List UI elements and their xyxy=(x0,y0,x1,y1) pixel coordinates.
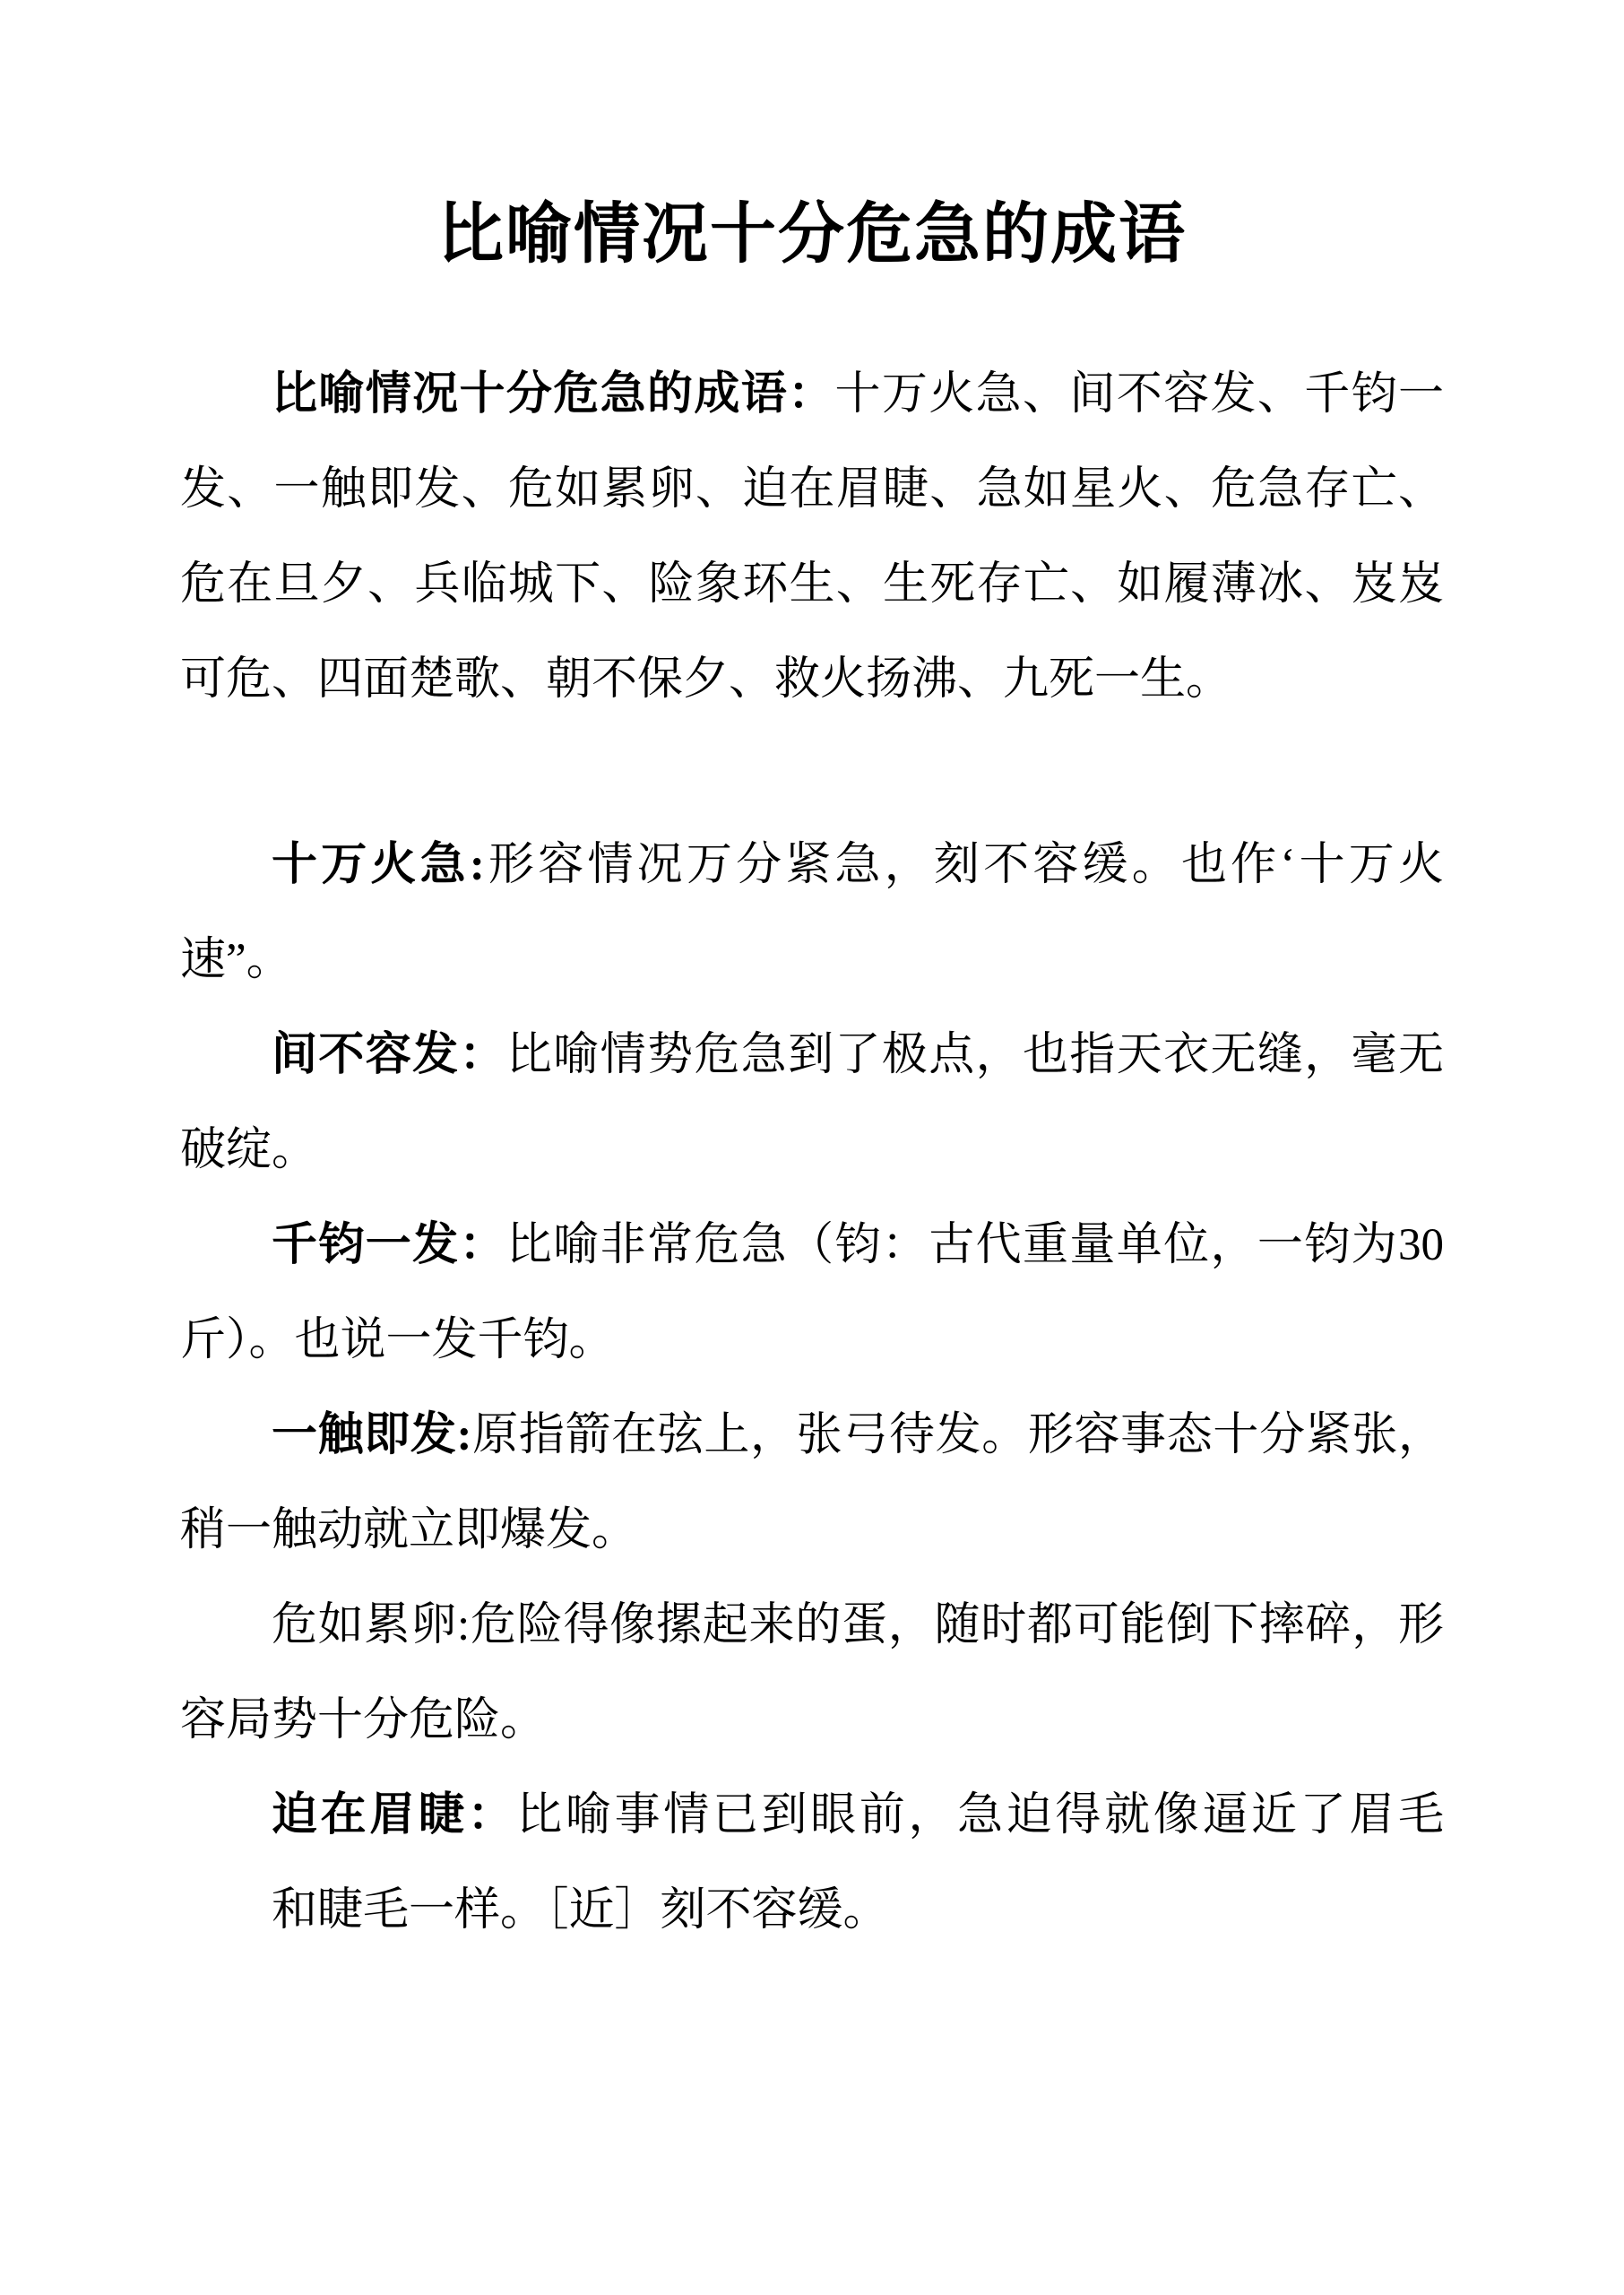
intro-idiom-list: 十万火急、间不容发、千钧一发、一触即发、危如累卵、迫在眉睫、急如星火、危急存亡、… xyxy=(180,369,1444,705)
definition-term: 千钧一发： xyxy=(272,1220,506,1270)
document-page: 比喻情况十分危急的成语 比喻情况十分危急的成语：十万火急、间不容发、千钧一发、一… xyxy=(0,0,1624,2295)
intro-lead: 比喻情况十分危急的成语： xyxy=(272,369,835,420)
definition-paragraph: 迫在眉睫：比喻事情已到眼前，急迫得就像逼近了眉毛 xyxy=(180,1768,1444,1863)
document-title: 比喻情况十分危急的成语 xyxy=(180,190,1444,280)
definition-term: 间不容发： xyxy=(272,1030,506,1080)
definition-paragraph: 一触即发:原指箭在弦上，张弓待发。形容事态十分紧张，稍一触动就立即爆发。 xyxy=(180,1388,1444,1578)
intro-paragraph: 比喻情况十分危急的成语：十万火急、间不容发、千钧一发、一触即发、危如累卵、迫在眉… xyxy=(180,347,1444,727)
definition-term: 迫在眉睫： xyxy=(272,1790,516,1840)
definition-paragraph: 危如累卵:危险得像摞起来的蛋，随时都可能倒下摔碎，形容局势十分危险。 xyxy=(180,1578,1444,1768)
definition-term: 一触即发: xyxy=(272,1410,472,1460)
definitions-section: 十万火急:形容情况万分紧急，刻不容缓。也作‘十万火速”。 间不容发：比喻情势危急… xyxy=(180,818,1444,1958)
definition-paragraph: 间不容发：比喻情势危急到了极点，也指天衣无缝，毫无破绽。 xyxy=(180,1008,1444,1198)
definition-continuation-line: 和睫毛一样。［近］刻不容缓。 xyxy=(180,1863,1444,1958)
document-body: 比喻情况十分危急的成语：十万火急、间不容发、千钧一发、一触即发、危如累卵、迫在眉… xyxy=(180,347,1444,1958)
definition-paragraph: 千钧一发：比喻非常危急（钧：古代重量单位，一钧为30斤）。也说一发千钧。 xyxy=(180,1198,1444,1388)
definition-paragraph: 十万火急:形容情况万分紧急，刻不容缓。也作‘十万火速”。 xyxy=(180,818,1444,1008)
definition-term: 危如累卵: xyxy=(272,1600,470,1650)
definition-text: 比喻事情已到眼前，急迫得就像逼近了眉毛 xyxy=(516,1790,1444,1840)
definition-term: 十万火急: xyxy=(272,840,485,890)
